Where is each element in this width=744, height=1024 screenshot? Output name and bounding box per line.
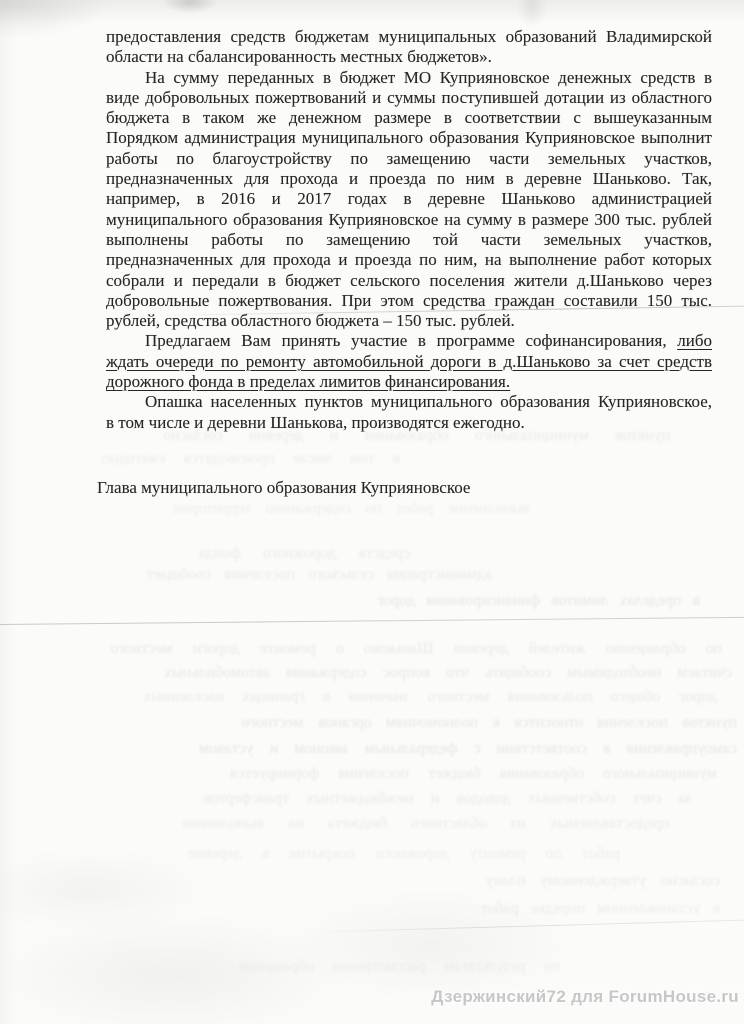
letter-line: дорожного фонда в пределах лимитов финан… <box>106 372 712 392</box>
bleed-through-text: пунктов поселения относится к полномочия… <box>62 714 737 732</box>
letter-line: предоставления средств бюджетам муниципа… <box>106 27 712 47</box>
letter-line: например, в 2016 и 2017 годах в деревне … <box>106 189 712 209</box>
letter-line: Порядком администрация муниципального об… <box>106 128 712 148</box>
bleed-through-text: за счет собственных доходов и межбюджетн… <box>62 790 692 808</box>
bleed-through-text: согласно утвержденному плану <box>460 872 720 890</box>
letter-line: ждать очереди по ремонту автомобильной д… <box>106 352 712 372</box>
watermark: Дзержинский72 для ForumHouse.ru <box>431 987 739 1007</box>
letter-line: в том числе и деревни Шанькова, производ… <box>106 413 712 433</box>
letter-line: добровольные пожертвования. При этом сре… <box>106 291 712 311</box>
letter-line: рублей, средства областного бюджета – 15… <box>106 311 712 331</box>
paper-crease <box>0 617 744 625</box>
bleed-through-text: выполнение работ по содержанию территори… <box>100 500 530 518</box>
letter-line: выполнены работы по замещению той части … <box>106 230 712 250</box>
letter-line: Опашка населенных пунктов муниципального… <box>106 392 712 412</box>
paragraph-continuation: предоставления средств бюджетам муниципа… <box>106 27 712 68</box>
underlined-text: ждать очереди по ремонту автомобильной д… <box>106 352 712 371</box>
bleed-through-text: по обращению жителей деревни Шаньково о … <box>62 640 722 658</box>
bleed-through-text: самоуправления в соответствии с федераль… <box>62 740 737 758</box>
letter-line: Предлагаем Вам принять участие в програм… <box>106 331 712 351</box>
letter-line: предназначенных для прохода и проезда по… <box>106 169 712 189</box>
scanned-letter-page: предоставления средств бюджетам муниципа… <box>0 0 744 1024</box>
letter-line: виде добровольных пожертвований и суммы … <box>106 88 712 108</box>
letter-body: предоставления средств бюджетам муниципа… <box>106 27 712 498</box>
signature-line: Глава муниципального образования Куприян… <box>97 478 712 498</box>
paper-crease <box>300 919 744 933</box>
paragraph-proposal: Предлагаем Вам принять участие в програм… <box>106 331 712 392</box>
letter-line: бюджета в таком же денежном размере в со… <box>106 108 712 128</box>
bleed-through-text: администрация сельского поселения сообща… <box>62 566 492 584</box>
bleed-through-text: считаем необходимым сообщить что вопрос … <box>62 664 732 682</box>
paragraph-opashka: Опашка населенных пунктов муниципального… <box>106 392 712 433</box>
underlined-text: либо <box>677 331 712 350</box>
bleed-through-text: средств дорожного фонда <box>90 545 410 563</box>
bleed-through-text: работ по ремонту дорожного покрытия в де… <box>120 845 620 863</box>
letter-line: предназначенных для прохода и проезда по… <box>106 250 712 270</box>
bleed-through-text: по результатам рассмотрения обращения <box>100 958 560 976</box>
letter-line: На сумму переданных в бюджет МО Куприяно… <box>106 68 712 88</box>
letter-line: работы по благоустройству по замещению ч… <box>106 149 712 169</box>
letter-line: муниципального образования Куприяновское… <box>106 210 712 230</box>
letter-line: собрали и передали в бюджет сельского по… <box>106 271 712 291</box>
bleed-through-text: в установленном порядке работ <box>420 900 720 918</box>
bleed-through-text: предоставляемых из областного бюджета на… <box>140 815 670 833</box>
bleed-through-text: дорог общего пользования местного значен… <box>62 688 717 706</box>
paragraph-funds: На сумму переданных в бюджет МО Куприяно… <box>106 68 712 332</box>
letter-line: области на сбалансированность местных бю… <box>106 47 712 67</box>
bleed-through-text: муниципального образования бюджет поселе… <box>62 765 717 783</box>
underlined-text: дорожного фонда в пределах лимитов финан… <box>106 372 510 391</box>
proposal-line-text: Предлагаем Вам принять участие в програм… <box>145 331 677 350</box>
bleed-through-text: в пределах лимитов финансирования дорог <box>250 592 700 610</box>
